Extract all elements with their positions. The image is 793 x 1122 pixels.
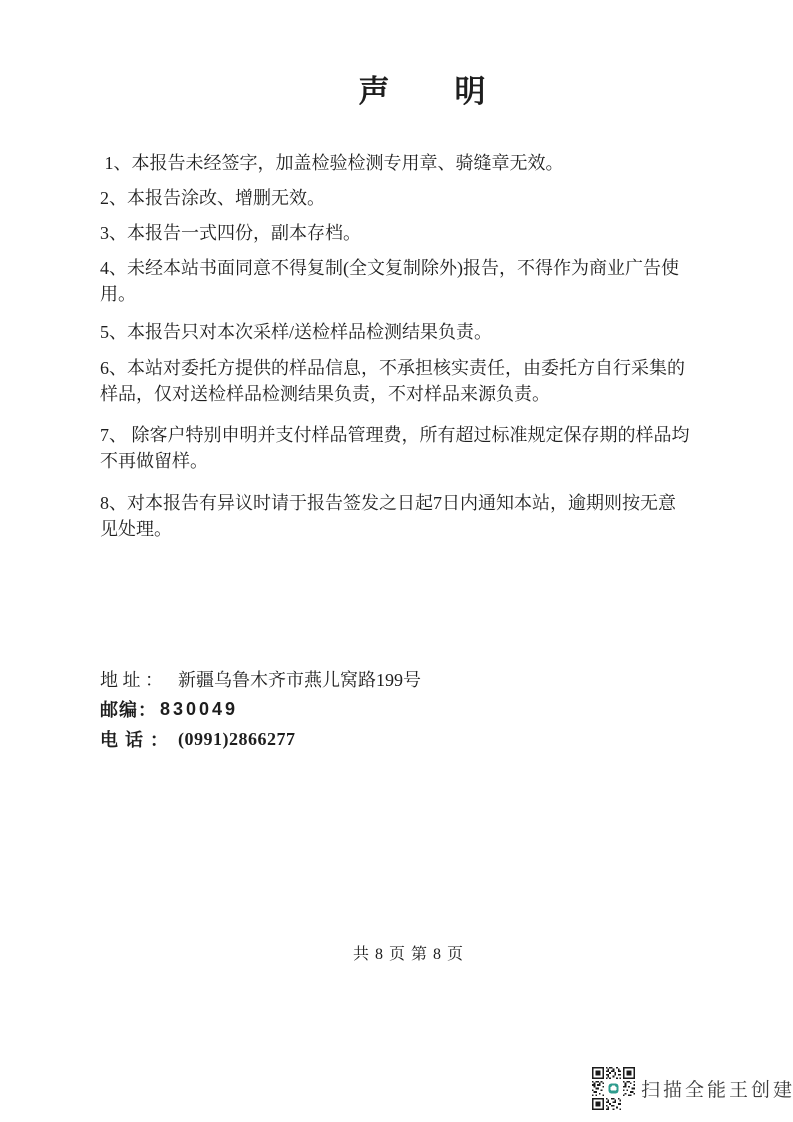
report-statement-page: 声 明 1、本报告未经签字，加盖检验检测专用章、骑缝章无效。 2、本报告涂改、增… [0, 0, 793, 1122]
statement-3: 3、本报告一式四份，副本存档。 [100, 220, 692, 246]
statement-1: 1、本报告未经签字，加盖检验检测专用章、骑缝章无效。 [100, 150, 692, 176]
scanner-label: 扫描全能王创建 [641, 1075, 793, 1102]
statement-2: 2、本报告涂改、增删无效。 [100, 185, 692, 211]
page-title: 声 明 [0, 66, 793, 111]
statement-5: 5、本报告只对本次采样/送检样品检测结果负责。 [100, 319, 692, 345]
postcode-row: 邮编： 830049 [100, 694, 421, 724]
postcode-label: 邮编： [100, 696, 160, 722]
phone-label: 电 话 ： [100, 726, 178, 752]
address-value: 新疆乌鲁木齐市燕儿窝路199号 [178, 666, 421, 692]
postcode-value: 830049 [160, 699, 238, 720]
statements-list: 1、本报告未经签字，加盖检验检测专用章、骑缝章无效。 2、本报告涂改、增删无效。… [100, 150, 692, 551]
address-label: 地 址 ： [100, 666, 178, 692]
statement-8: 8、对本报告有异议时请于报告签发之日起7日内通知本站，逾期则按无意见处理。 [100, 490, 692, 542]
phone-row: 电 话 ： (0991)2866277 [100, 724, 421, 754]
statement-7: 7、 除客户特别申明并支付样品管理费，所有超过标准规定保存期的样品均不再做留样。 [100, 422, 692, 474]
address-row: 地 址 ： 新疆乌鲁木齐市燕儿窝路199号 [100, 664, 421, 694]
phone-value: (0991)2866277 [178, 729, 296, 750]
qr-code-icon [592, 1067, 635, 1110]
statement-4: 4、未经本站书面同意不得复制(全文复制除外)报告，不得作为商业广告使用。 [100, 255, 692, 307]
scanner-watermark: 扫描全能王创建 [592, 1067, 793, 1110]
page-number: 共 8 页 第 8 页 [0, 941, 793, 964]
contact-block: 地 址 ： 新疆乌鲁木齐市燕儿窝路199号 邮编： 830049 电 话 ： (… [100, 664, 421, 754]
statement-6: 6、本站对委托方提供的样品信息，不承担核实责任，由委托方自行采集的样品，仅对送检… [100, 355, 692, 407]
